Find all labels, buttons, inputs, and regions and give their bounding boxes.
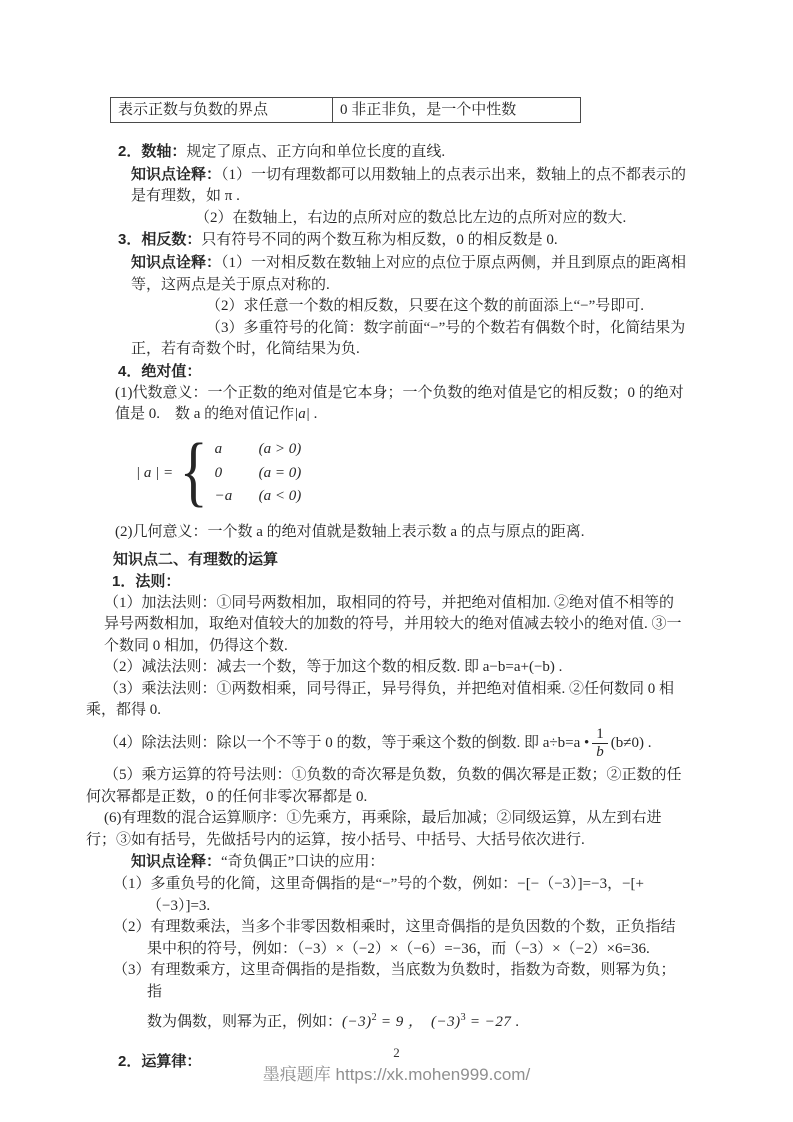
abs-case-zero-value: 0 [215, 462, 259, 486]
section-number-line-label: 2．数轴： [118, 143, 186, 160]
opposite-note2: （2）求任意一个数的相反数，只要在这个数的前面添上“−”号即可. [131, 296, 687, 318]
abs-case-positive: a(a > 0) [215, 438, 302, 462]
rule-mixed-order: (6)有理数的混合运算顺序：①先乘方，再乘除，最后加减；②同级运算，从左到右进行… [86, 808, 687, 851]
section-number-line-text: 规定了原点、正方向和单位长度的直线. [186, 144, 445, 160]
rules-heading: 1．法则： [112, 571, 687, 593]
section-opposite-heading: 3．相反数：只有符号不同的两个数互称为相反数，0 的相反数是 0. [118, 229, 687, 252]
section-absolute-value-heading: 4．绝对值： [118, 361, 687, 383]
number-line-note: 知识点诠释：（1）一切有理数都可以用数轴上的点表示出来，数轴上的点不都表示的是有… [131, 164, 687, 208]
page-content: 表示正数与负数的界点 0 非正非负，是一个中性数 2．数轴：规定了原点、正方向和… [0, 97, 793, 1073]
opposite-note1: 知识点诠释：（1）一对相反数在数轴上对应的点位于原点两侧，并且到原点的距离相等，… [131, 252, 687, 296]
reciprocal-fraction: 1b [592, 726, 608, 761]
left-brace-glyph: { [180, 436, 208, 506]
rule-subtraction: （2）减法法则：减去一个数，等于加这个数的相反数. 即 a−b=a+(−b) . [104, 657, 687, 679]
opposite-note3: （3）多重符号的化简：数字前面“−”号的个数若有偶数个时，化简结果为正，若有奇数… [131, 318, 687, 361]
abs-formula-cases: a(a > 0) 0(a = 0) −a(a < 0) [215, 438, 302, 509]
abs-case-zero: 0(a = 0) [215, 462, 302, 486]
abs-case-zero-cond: (a = 0) [259, 462, 302, 486]
absolute-value-algebraic: (1)代数意义：一个正数的绝对值是它本身；一个负数的绝对值是它的相反数；0 的绝… [115, 383, 687, 426]
document-page: 表示正数与负数的界点 0 非正非负，是一个中性数 2．数轴：规定了原点、正方向和… [0, 0, 793, 1122]
abs-case-negative-value: −a [215, 485, 259, 509]
power-example-separator [424, 1014, 432, 1030]
mnemonic-note-heading: 知识点诠释：“奇负偶正”口诀的应用： [131, 851, 687, 874]
opposite-note-label: 知识点诠释： [131, 254, 221, 271]
rule-multiplication: （3）乘法法则：①两数相乘，同号得正，异号得负，并把绝对值相乘. ②任何数同 0… [86, 679, 687, 722]
power-example2-result: = −27 . [466, 1014, 520, 1030]
rule-division: （4）除法法则：除以一个不等于 0 的数，等于乘这个数的倒数. 即 a÷b=a … [104, 726, 687, 761]
footer-site-link[interactable]: 墨痕题库 https://xk.mohen999.com/ [0, 1064, 793, 1086]
table-cell-left: 表示正数与负数的界点 [111, 98, 332, 122]
mnemonic-note3-line2-text: 数为偶数，则幂为正，例如： [147, 1014, 342, 1030]
rule-power-sign: （5）乘方运算的符号法则：①负数的奇次幂是负数，负数的偶次幂是正数；②正数的任何… [86, 765, 687, 808]
fraction-denominator: b [592, 744, 608, 761]
number-line-note-label: 知识点诠释： [131, 166, 221, 183]
section-opposite-label: 3．相反数： [118, 231, 201, 248]
piecewise-abs-formula: | a | = { a(a > 0) 0(a = 0) −a(a < 0) [136, 436, 687, 512]
abs-case-negative: −a(a < 0) [215, 485, 302, 509]
rule-division-end: (b≠0) . [611, 735, 652, 751]
table-cell-right: 0 非正非负，是一个中性数 [332, 98, 580, 122]
power-example1-result: = 9 ， [377, 1014, 424, 1030]
mnemonic-note-label: 知识点诠释： [131, 853, 221, 870]
page-number: 2 [0, 1042, 793, 1064]
abs-a-notation: |a| [294, 406, 310, 422]
power-example1-base: (−3) [342, 1014, 372, 1030]
mnemonic-note2: （2）有理数乘法，当多个非零因数相乘时，这里奇偶指的是负因数的个数，正负指结果中… [147, 917, 687, 960]
abs-case-positive-value: a [215, 438, 259, 462]
mnemonic-note-intro: “奇负偶正”口诀的应用： [221, 854, 384, 870]
section-number-line-heading: 2．数轴：规定了原点、正方向和单位长度的直线. [118, 141, 687, 164]
zero-property-table-row: 表示正数与负数的界点 0 非正非负，是一个中性数 [110, 97, 581, 123]
rule-addition: （1）加法法则：①同号两数相加，取相同的符号，并把绝对值相加. ②绝对值不相等的… [104, 593, 687, 658]
topic2-heading: 知识点二、有理数的运算 [113, 549, 687, 571]
mnemonic-note3-line1: （3）有理数乘方，这里奇偶指的是指数，当底数为负数时，指数为奇数，则幂为负；指 [147, 960, 687, 1003]
abs-formula-lead: | a | = [136, 463, 173, 485]
absolute-value-geometric: (2)几何意义：一个数 a 的绝对值就是数轴上表示数 a 的点与原点的距离. [115, 522, 687, 544]
fraction-numerator: 1 [592, 726, 608, 744]
absolute-value-algebraic-text: (1)代数意义：一个正数的绝对值是它本身；一个负数的绝对值是它的相反数；0 的绝… [115, 385, 684, 423]
mnemonic-note1: （1）多重负号的化简，这里奇偶指的是“−”号的个数，例如：−[−（−3）]=−3… [147, 874, 687, 917]
section-opposite-text: 只有符号不同的两个数互称为相反数，0 的相反数是 0. [201, 232, 557, 248]
power-example2-base: (−3) [431, 1014, 461, 1030]
absolute-value-algebraic-end: . [310, 406, 318, 422]
abs-case-negative-cond: (a < 0) [259, 485, 302, 509]
mnemonic-note3-line2: 数为偶数，则幂为正，例如：(−3)2 = 9 ， (−3)3 = −27 . [147, 1012, 687, 1034]
rule-division-text: （4）除法法则：除以一个不等于 0 的数，等于乘这个数的倒数. 即 a÷b=a … [104, 735, 589, 751]
abs-case-positive-cond: (a > 0) [259, 438, 302, 462]
number-line-note2: （2）在数轴上，右边的点所对应的数总比左边的点所对应的数大. [131, 208, 687, 230]
